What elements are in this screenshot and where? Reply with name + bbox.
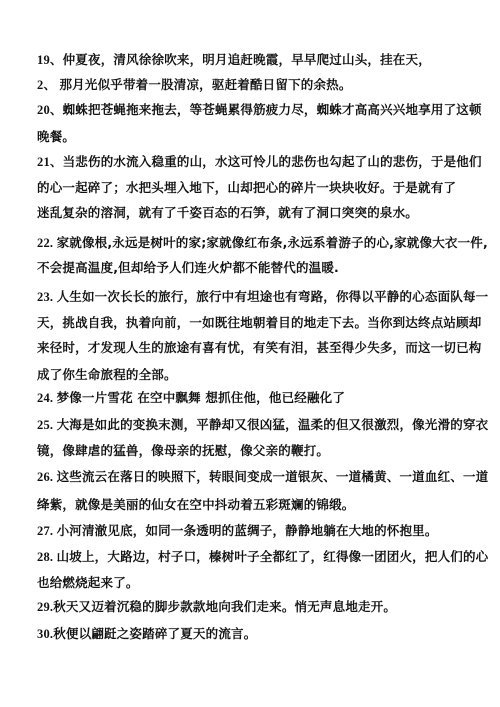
line-text: 蜘蛛把苍蝇拖来拖去，等苍蝇累得筋疲力尽，蜘蛛才高高兴兴地享用了这顿 xyxy=(63,102,482,117)
line-text: 山坡上，大路边，村子口，榛树叶子全都红了，红得像一团团火，把人们的心 xyxy=(57,549,489,564)
text-line: 不会提高温度,但却给予人们连火炉都不能替代的温暖. xyxy=(37,260,339,276)
text-line: 绛紫，就像是美丽的仙女在空中抖动着五彩斑斓的锦缎。 xyxy=(37,497,355,513)
line-text: 不会提高温度,但却给予人们连火炉都不能替代的温暖. xyxy=(37,260,339,275)
text-line: 20、蜘蛛把苍蝇拖来拖去，等苍蝇累得筋疲力尽，蜘蛛才高高兴兴地享用了这顿 xyxy=(37,102,482,118)
item-number: 26. xyxy=(37,470,57,484)
line-text: 晚餐。 xyxy=(37,129,75,144)
text-line: 镜，像肆虐的猛兽，像母亲的抚慰，像父亲的鞭打。 xyxy=(37,443,329,459)
item-number: 22. xyxy=(37,236,57,250)
item-number: 25. xyxy=(37,418,57,432)
text-line: 26. 这些流云在落日的映照下，转眼间变成一道银灰、一道橘黄、一道血红、一道 xyxy=(37,469,488,485)
line-text: 那月光似乎带着一股清凉，驱赶着酷日留下的余热。 xyxy=(59,77,351,92)
line-text: 绛紫，就像是美丽的仙女在空中抖动着五彩斑斓的锦缎。 xyxy=(37,497,355,512)
item-number: 23. xyxy=(37,290,57,304)
line-text: 人生如一次长长的旅行，旅行中有坦途也有弯路，你得以平静的心态面队每一 xyxy=(57,289,489,304)
line-text: 大海是如此的变换末测，平静却又很凶猛，温柔的但又很激烈，像光滑的穿衣 xyxy=(57,417,489,432)
text-line: 22. 家就像根,永远是树叶的家;家就像红布条,永远系着游子的心,家就像大衣一件… xyxy=(37,235,488,251)
line-text: 的心一起碎了；水把头埋入地下，山却把心的碎片一块块收好。于是就有了 xyxy=(37,180,456,195)
item-number: 21、 xyxy=(37,155,63,169)
text-line: 的心一起碎了；水把头埋入地下，山却把心的碎片一块块收好。于是就有了 xyxy=(37,180,456,196)
text-line: 也给燃烧起来了。 xyxy=(37,575,139,591)
item-number: 30. xyxy=(37,627,53,641)
text-line: 28. 山坡上，大路边，村子口，榛树叶子全都红了，红得像一团团火，把人们的心 xyxy=(37,549,488,565)
text-line: 21、当悲伤的水流入稳重的山，水这可怜儿的悲伤也勾起了山的悲伤，于是他们 xyxy=(37,154,482,170)
line-text: 迷乱复杂的溶洞，就有了千姿百态的石笋，就有了洞口突突的泉水。 xyxy=(37,205,418,220)
item-number: 27. xyxy=(37,524,57,538)
line-text: 成了你生命旅程的全部。 xyxy=(37,367,177,382)
line-text: 秋便以翩跹之姿踏碎了夏天的流言。 xyxy=(53,626,256,641)
text-line: 30.秋便以翩跹之姿踏碎了夏天的流言。 xyxy=(37,626,256,642)
text-line: 天，挑战自我，执着向前，一如既往地朝着目的地走下去。当你到达终点站顾却 xyxy=(37,315,482,331)
text-line: 23. 人生如一次长长的旅行，旅行中有坦途也有弯路，你得以平静的心态面队每一 xyxy=(37,289,488,305)
text-line: 29.秋天又迈着沉稳的脚步款款地向我们走来。悄无声息地走开。 xyxy=(37,599,396,615)
line-text: 天，挑战自我，执着向前，一如既往地朝着目的地走下去。当你到达终点站顾却 xyxy=(37,315,482,330)
item-number: 2、 xyxy=(37,78,59,92)
line-text: 小河清澈见底，如同一条透明的蓝绸子，静静地躺在大地的怀抱里。 xyxy=(57,523,438,538)
line-text: 镜，像肆虐的猛兽，像母亲的抚慰，像父亲的鞭打。 xyxy=(37,443,329,458)
text-line: 19、仲夏夜，清风徐徐吹来，明月追赶晚霞，早早爬过山头，挂在天， xyxy=(37,52,431,68)
text-line: 迷乱复杂的溶洞，就有了千姿百态的石笋，就有了洞口突突的泉水。 xyxy=(37,205,418,221)
text-line: 成了你生命旅程的全部。 xyxy=(37,367,177,383)
line-text: 来径时，才发现人生的旅途有喜有忧，有笑有泪，甚至得少失多，而这一切已构 xyxy=(37,340,482,355)
text-line: 25. 大海是如此的变换末测，平静却又很凶猛，温柔的但又很激烈，像光滑的穿衣 xyxy=(37,417,488,433)
item-number: 24. xyxy=(37,391,57,405)
text-line: 2、 那月光似乎带着一股清凉，驱赶着酷日留下的余热。 xyxy=(37,77,352,93)
text-line: 来径时，才发现人生的旅途有喜有忧，有笑有泪，甚至得少失多，而这一切已构 xyxy=(37,340,482,356)
item-number: 29. xyxy=(37,600,53,614)
text-line: 晚餐。 xyxy=(37,129,75,145)
line-text: 当悲伤的水流入稳重的山，水这可怜儿的悲伤也勾起了山的悲伤，于是他们 xyxy=(63,154,482,169)
line-text: 这些流云在落日的映照下，转眼间变成一道银灰、一道橘黄、一道血红、一道 xyxy=(57,469,489,484)
line-text: 仲夏夜，清风徐徐吹来，明月追赶晚霞，早早爬过山头，挂在天， xyxy=(63,52,431,67)
item-number: 20、 xyxy=(37,103,63,117)
text-line: 27. 小河清澈见底，如同一条透明的蓝绸子，静静地躺在大地的怀抱里。 xyxy=(37,523,438,539)
text-line: 24. 梦像一片雪花 在空中飘舞 想抓住他，他已经融化了 xyxy=(37,390,345,406)
item-number: 28. xyxy=(37,550,57,564)
line-text: 也给燃烧起来了。 xyxy=(37,575,139,590)
line-text: 家就像根,永远是树叶的家;家就像红布条,永远系着游子的心,家就像大衣一件, xyxy=(57,235,488,250)
item-number: 19、 xyxy=(37,53,63,67)
line-text: 梦像一片雪花 在空中飘舞 想抓住他，他已经融化了 xyxy=(57,390,346,405)
line-text: 秋天又迈着沉稳的脚步款款地向我们走来。悄无声息地走开。 xyxy=(53,599,396,614)
